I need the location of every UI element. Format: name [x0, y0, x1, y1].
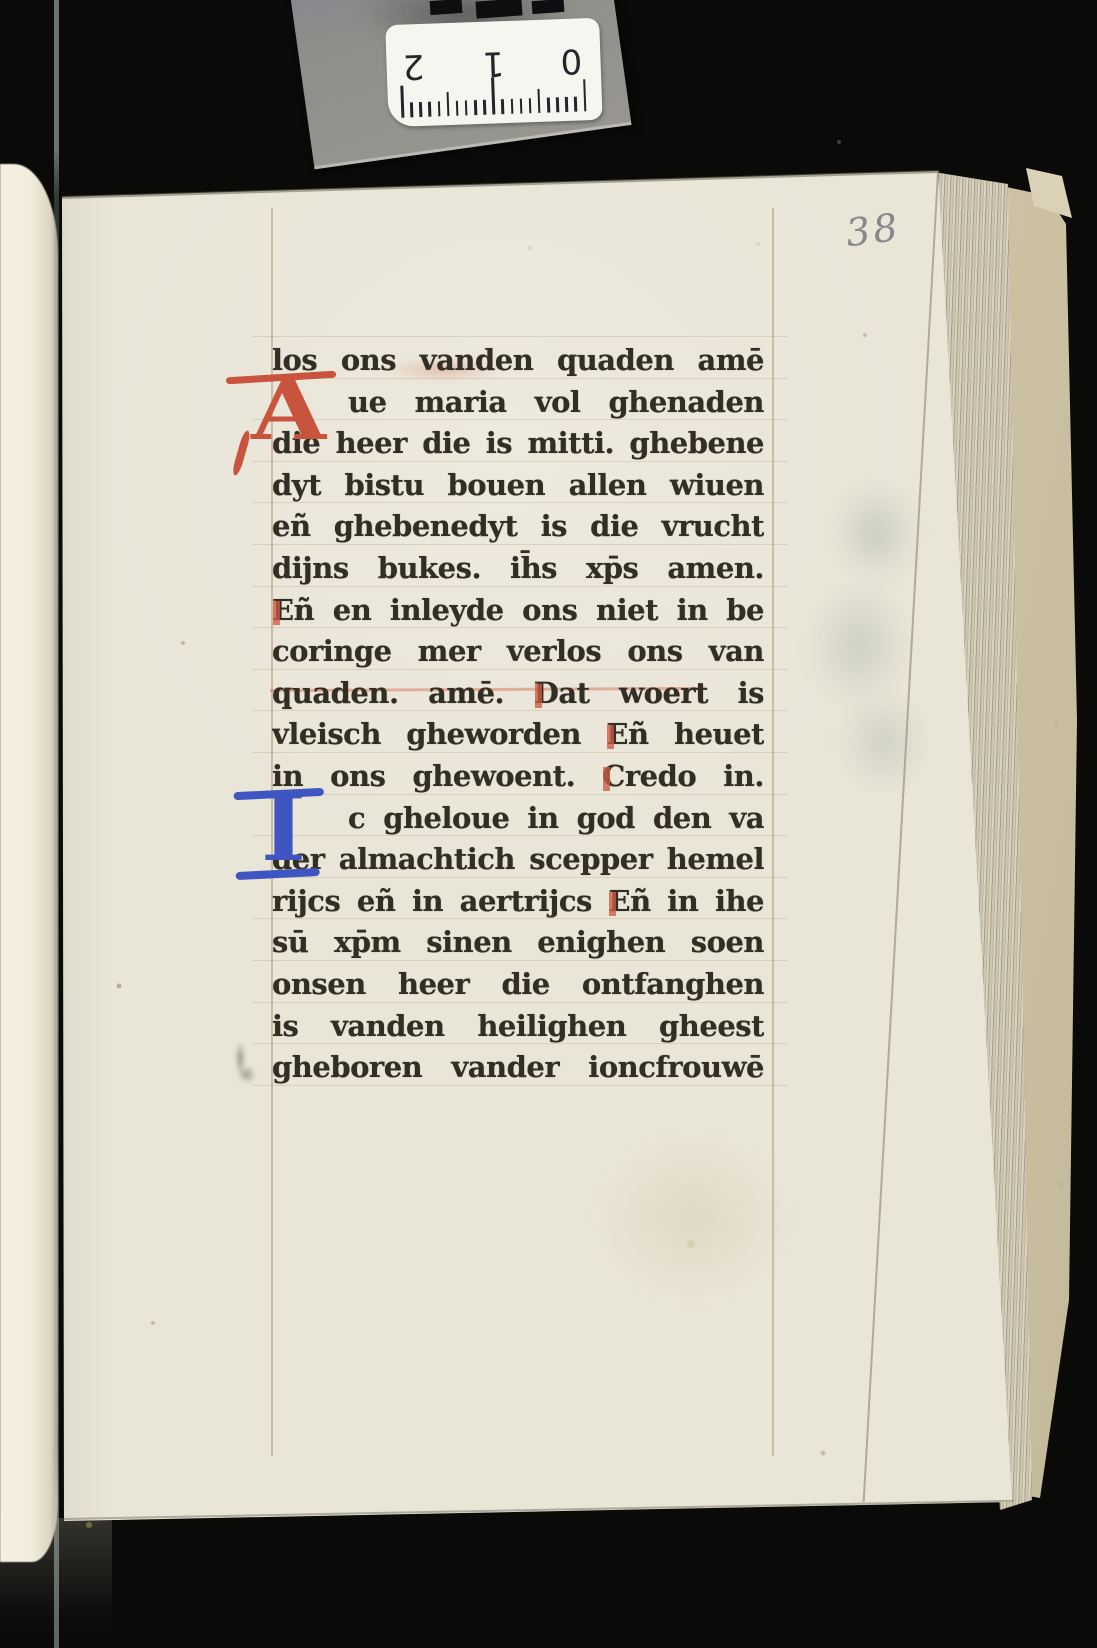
ruler-ticks [400, 71, 586, 117]
manuscript-line: coringe mer verlos ons van [272, 631, 764, 673]
rubricated-capital: C [602, 759, 625, 793]
red-initial-A: A [251, 368, 326, 452]
mount-clip [430, 0, 463, 15]
manuscript-line: vleisch gheworden Eñ heuet [272, 714, 764, 756]
parchment-stain [598, 1138, 788, 1298]
rubricated-capital: E [608, 884, 630, 918]
manuscript-line: los ons vanden quaden amē [272, 340, 764, 382]
ruler-tick [483, 100, 486, 115]
manuscript-line: c gheloue in god den va [272, 798, 764, 840]
ruler-tick [456, 101, 459, 116]
mount-clip [475, 0, 522, 19]
manuscript-line: onsen heer die ontfanghen [272, 964, 764, 1006]
ruler-tick [547, 98, 550, 113]
folio-number: 38 [844, 205, 903, 255]
manuscript-line: sū xp̄m sinen enighen soen [272, 922, 764, 964]
manuscript-line: quaden. amē. Dat woert is [272, 673, 764, 715]
ruler-tick [574, 97, 577, 112]
text-segment: los ons vanden quaden amē [272, 343, 764, 377]
text-segment: ñ heuet [628, 717, 764, 751]
manuscript-line: ue maria vol ghenaden [272, 382, 764, 424]
ruler-tick [537, 89, 540, 113]
text-segment: der almachtich scepper hemel [272, 842, 764, 876]
text-segment: ue maria vol ghenaden [348, 385, 764, 419]
text-segment: rijcs eñ in aertrijcs [272, 884, 608, 918]
text-segment: ñ in ihe [630, 884, 764, 918]
page-specks [0, 0, 2, 2]
ink-show-through [786, 468, 948, 790]
manuscript-line: dijns bukes. ih̄s xp̄s amen. [272, 548, 764, 590]
ruler-tick [419, 102, 422, 117]
manuscript-line: is vanden heilighen gheest [272, 1006, 764, 1048]
text-segment: ñ en inleyde ons niet in be [294, 593, 764, 627]
ruler-tick [428, 102, 431, 117]
text-segment: dijns bukes. ih̄s xp̄s amen. [272, 551, 764, 585]
ruler-tick [446, 92, 449, 116]
ruler-tick [519, 98, 522, 113]
manuscript-line: die heer die is mitti. ghebene [272, 423, 764, 465]
ruler-tick [510, 99, 513, 114]
ruler-label: 2 1 0 [385, 18, 602, 127]
text-block: los ons vanden quaden amēue maria vol gh… [272, 340, 764, 1089]
manuscript-line: dyt bistu bouen allen wiuen [272, 465, 764, 507]
text-segment: die heer die is mitti. ghebene [272, 426, 764, 460]
manuscript-line: Eñ en inleyde ons niet in be [272, 590, 764, 632]
ruler-tick [501, 99, 504, 114]
glass-plate-edge [54, 0, 59, 1648]
manuscript-line: rijcs eñ in aertrijcs Eñ in ihe [272, 881, 764, 923]
text-segment: c gheloue in god den va [348, 801, 764, 835]
ruler-tick [437, 101, 440, 116]
text-segment: coringe mer verlos ons van [272, 634, 764, 668]
rubricated-capital: E [272, 593, 294, 627]
ruler-tick [410, 102, 413, 117]
ruler-tick [556, 97, 559, 112]
ruling-horizontal [252, 336, 788, 337]
mount-clip [532, 0, 565, 14]
ruler-tick [529, 98, 532, 113]
ruler-tick [465, 100, 468, 115]
ruler-tick [565, 97, 568, 112]
manuscript-line: der almachtich scepper hemel [272, 839, 764, 881]
manuscript-line: eñ ghebenedyt is die vrucht [272, 506, 764, 548]
manuscript-line: in ons ghewoent. Credo in. [272, 756, 764, 798]
manuscript-line: gheboren vander ioncfrouwē [272, 1047, 764, 1089]
text-segment: is vanden heilighen gheest [272, 1009, 764, 1043]
text-segment: vleisch gheworden [272, 717, 606, 751]
rubricated-capital: D [534, 676, 559, 710]
ruler-tick [474, 100, 477, 115]
text-segment: gheboren vander ioncfrouwē [272, 1050, 764, 1084]
text-segment: onsen heer die ontfanghen [272, 967, 764, 1001]
ruler-tick [583, 79, 587, 111]
blue-initial-I: I [261, 782, 306, 874]
text-segment: eñ ghebenedyt is die vrucht [272, 509, 764, 543]
manuscript-photo: los ons vanden quaden amēue maria vol gh… [0, 0, 1097, 1648]
text-segment: at woert is [558, 676, 764, 710]
text-segment: sū xp̄m sinen enighen soen [272, 925, 764, 959]
ruler-tick [491, 77, 495, 114]
text-segment: quaden. amē. [272, 676, 534, 710]
show-through-letter [230, 1040, 264, 1086]
ruler-tick [400, 86, 404, 118]
text-segment: redo in. [625, 759, 764, 793]
rubricated-capital: E [606, 717, 628, 751]
text-segment: dyt bistu bouen allen wiuen [272, 468, 764, 502]
